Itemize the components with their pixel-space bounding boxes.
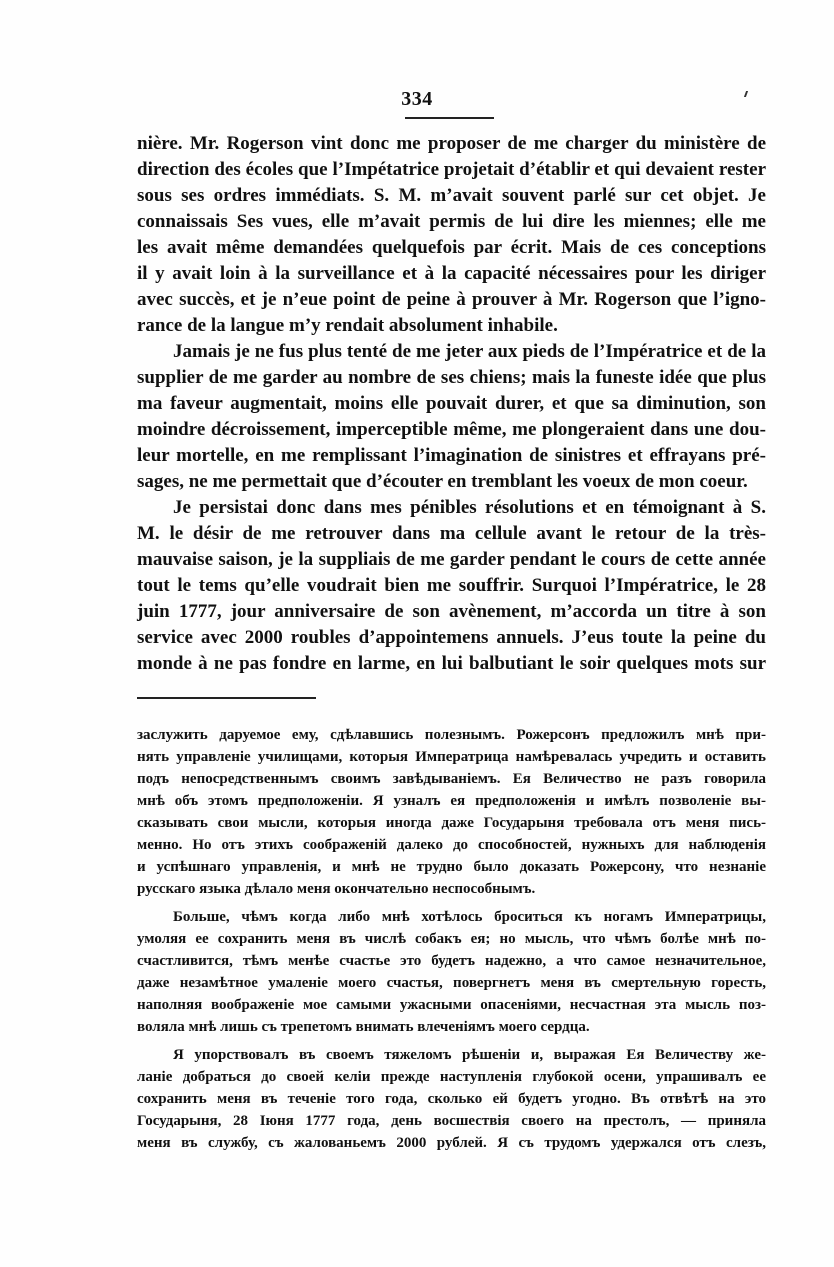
text-line: Jamais je ne fus plus tenté de me jeter … (137, 339, 766, 365)
footnote-line: нять управленіе училищами, которыя Импер… (137, 746, 766, 768)
footnote-separator (137, 697, 316, 699)
footnote-line: мнѣ объ этомъ предположеніи. Я узналъ ея… (137, 790, 766, 812)
footnote-line: заслужить даруемое ему, сдѣлавшись полез… (137, 724, 766, 746)
footnote-line: и успѣшнаго управленія, и мнѣ не трудно … (137, 856, 766, 878)
paragraph: nière. Mr. Rogerson vint donc me propose… (137, 131, 766, 339)
page-number-underline (405, 117, 494, 119)
footnote-paragraph: Больше, чѣмъ когда либо мнѣ хотѣлось бро… (137, 906, 766, 1038)
text-line: supplier de me garder au nombre de ses c… (137, 365, 766, 391)
text-line: moindre décroissement, imperceptible mêm… (137, 417, 766, 443)
footnote-line: ланіе добраться до своей келіи прежде на… (137, 1066, 766, 1088)
footnote-line: Я упорствовалъ въ своемъ тяжеломъ рѣшені… (137, 1044, 766, 1066)
text-line: monde à ne pas fondre en larme, en lui b… (137, 651, 766, 677)
text-line: il y avait loin à la surveillance et à l… (137, 261, 766, 287)
text-line: sous ses ordres immédiats. S. M. m’avait… (137, 183, 766, 209)
text-line: tout le tems qu’elle voudrait bien me so… (137, 573, 766, 599)
footnote-line: менно. Но отъ этихъ соображеній далеко д… (137, 834, 766, 856)
footnote-line: Больше, чѣмъ когда либо мнѣ хотѣлось бро… (137, 906, 766, 928)
text-line: leur mortelle, en me remplissant l’imagi… (137, 443, 766, 469)
text-line: M. le désir de me retrouver dans ma cell… (137, 521, 766, 547)
footnote-line: русскаго языка дѣлало меня окончательно … (137, 878, 766, 900)
footnote-line: сохранить меня въ теченіе того года, ско… (137, 1088, 766, 1110)
footnote-line: наполняя воображеніе мое самыми ужасными… (137, 994, 766, 1016)
text-line: service avec 2000 roubles d’appointemens… (137, 625, 766, 651)
text-line: avec succès, et je n’eue point de peine … (137, 287, 766, 313)
text-line: connaissais Ses vues, elle m’avait permi… (137, 209, 766, 235)
text-line: juin 1777, jour anniversaire de son avèn… (137, 599, 766, 625)
footnote-line: меня въ службу, съ жалованьемъ 2000 рубл… (137, 1132, 766, 1154)
text-line: mauvaise saison, je la suppliais de me g… (137, 547, 766, 573)
text-line: nière. Mr. Rogerson vint donc me propose… (137, 131, 766, 157)
footnote-paragraph: Я упорствовалъ въ своемъ тяжеломъ рѣшені… (137, 1044, 766, 1154)
footnote-line: счастливится, тѣмъ менѣе счастье это буд… (137, 950, 766, 972)
footnote-line: даже незамѣтное умаленіе моего счастья, … (137, 972, 766, 994)
footnote-line: умоляя ее сохранить меня въ числѣ собакъ… (137, 928, 766, 950)
main-text-french: nière. Mr. Rogerson vint donc me propose… (137, 131, 766, 677)
footnote-line: подъ непосредственнымъ своимъ завѣдывані… (137, 768, 766, 790)
text-line: les avait même demandées quelquefois par… (137, 235, 766, 261)
text-line: ma faveur augmentait, moins elle pouvait… (137, 391, 766, 417)
book-page: 334 nière. Mr. Rogerson vint donc me pro… (0, 0, 834, 1267)
page-number: 334 (0, 88, 834, 111)
text-line: Je persistai donc dans mes pénibles réso… (137, 495, 766, 521)
footnote-line: воляла мнѣ лишь съ трепетомъ внимать вле… (137, 1016, 766, 1038)
paragraph: Jamais je ne fus plus tenté de me jeter … (137, 339, 766, 495)
footnotes-russian: заслужить даруемое ему, сдѣлавшись полез… (137, 724, 766, 1154)
footnote-line: Государыня, 28 Іюня 1777 года, день восш… (137, 1110, 766, 1132)
footnote-line: сказывать свои мысли, которыя иногда даж… (137, 812, 766, 834)
text-line: direction des écoles que l’Impétatrice p… (137, 157, 766, 183)
paragraph: Je persistai donc dans mes pénibles réso… (137, 495, 766, 677)
text-line: sages, ne me permettait que d’écouter en… (137, 469, 766, 495)
footnote-paragraph: заслужить даруемое ему, сдѣлавшись полез… (137, 724, 766, 900)
text-line: rance de la langue m’y rendait absolumen… (137, 313, 766, 339)
